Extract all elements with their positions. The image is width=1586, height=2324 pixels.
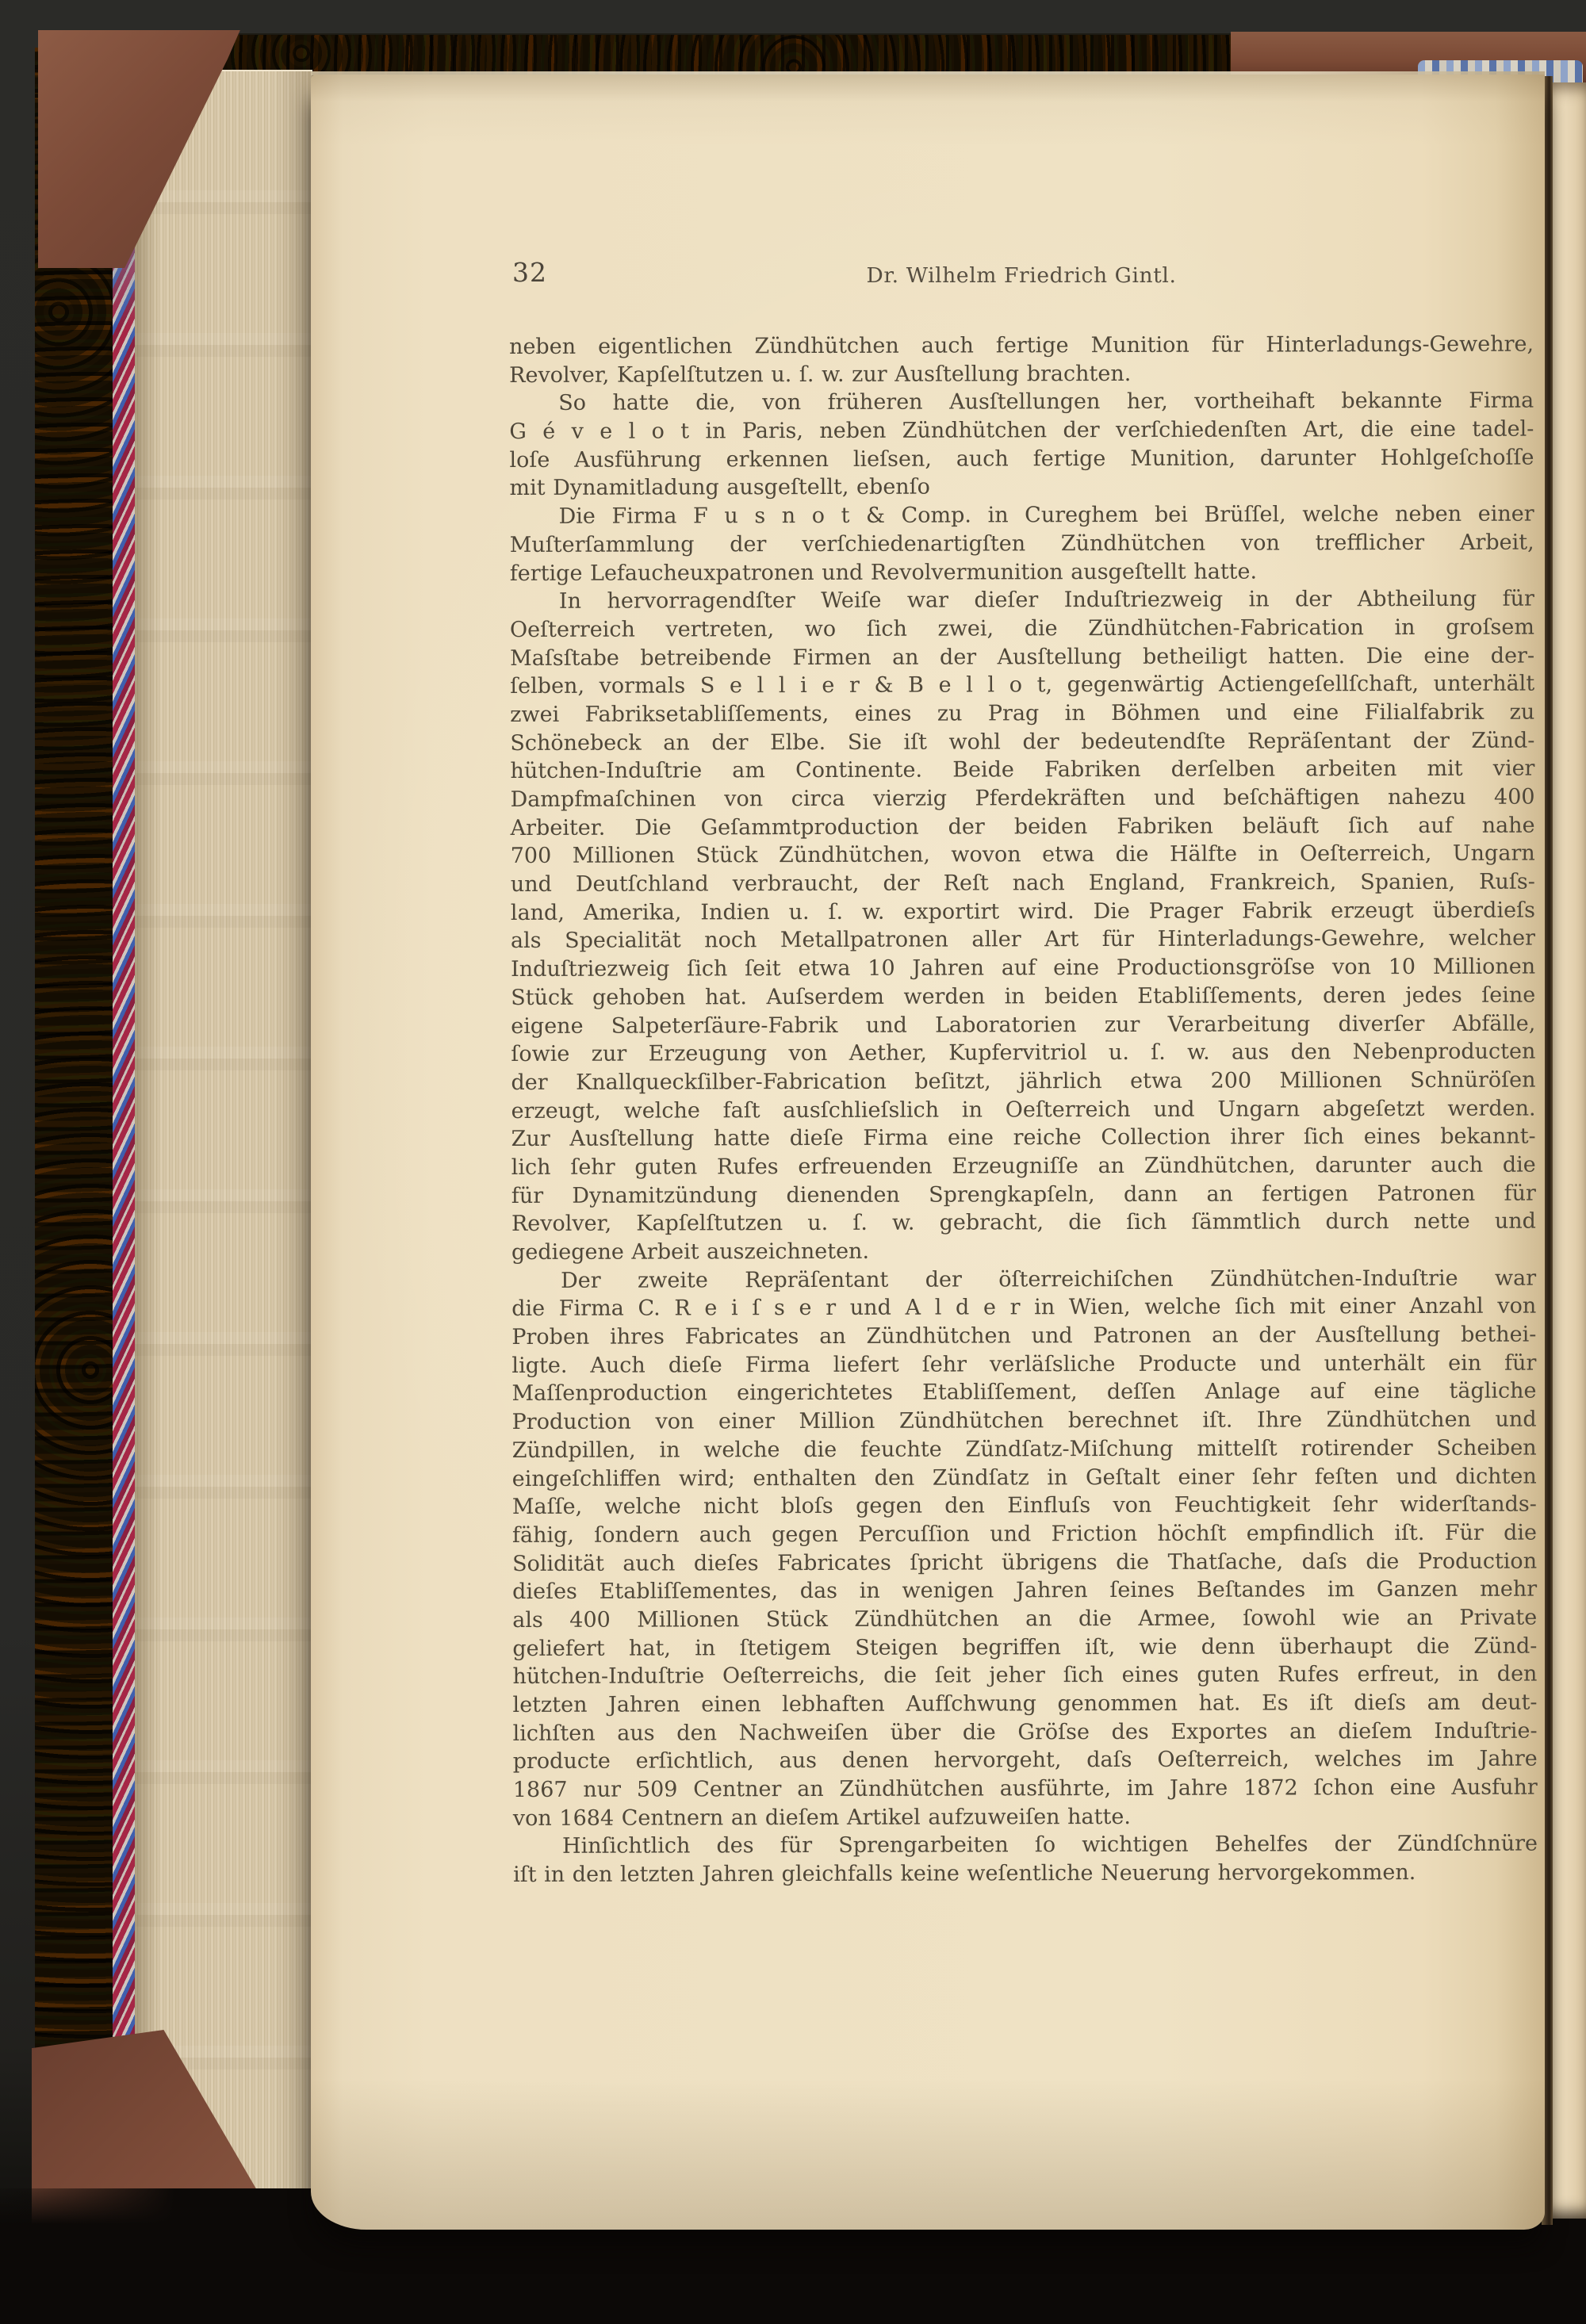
text-line: mit Dynamitladung ausgeſtellt, ebenſo — [509, 472, 1534, 503]
text-line: eingeſchliffen wird; enthalten den Zündſ… — [512, 1462, 1537, 1493]
text-line: Revolver, Kapſelſtutzen u. ſ. w. gebrach… — [511, 1208, 1536, 1239]
text-line: dieſes Etabliſſementes, das in wenigen J… — [512, 1575, 1537, 1606]
text-line: der Knallqueckſilber-Fabrication beſitzt… — [511, 1066, 1535, 1097]
text-line: Muſterſammlung der verſchiedenartigſten … — [510, 528, 1534, 559]
text-line: So hatte die, von früheren Ausſtellungen… — [509, 387, 1534, 418]
text-line: fertige Lefaucheuxpatronen und Revolverm… — [510, 557, 1534, 588]
text-line: Maſsſtabe betreibende Firmen an der Ausſ… — [510, 641, 1534, 672]
text-line: die Firma C. R e i ſ s e r und A l d e r… — [511, 1292, 1536, 1323]
text-line: G é v e l o t in Paris, neben Zündhütche… — [509, 415, 1534, 446]
marbled-cover-left-edge — [35, 48, 114, 2252]
text-line: ſowie zur Erzeugung von Aether, Kupfervi… — [511, 1038, 1535, 1069]
text-line: Induſtriezweig ſich ſeit etwa 10 Jahren … — [511, 953, 1535, 984]
text-line: letzten Jahren einen lebhaften Aufſchwun… — [512, 1689, 1537, 1720]
text-line: hütchen-Induſtrie Oeſterreichs, die ſeit… — [512, 1660, 1537, 1691]
text-line: ligte. Auch dieſe Firma liefert ſehr ver… — [511, 1349, 1536, 1380]
text-line: und Deutſchland verbraucht, der Reſt nac… — [511, 868, 1535, 899]
text-line: lich ſehr guten Rufes erfreuenden Erzeug… — [511, 1151, 1536, 1182]
text-line: 1867 nur 509 Centner an Zündhütchen ausf… — [513, 1774, 1538, 1805]
text-line: neben eigentlichen Zündhütchen auch fert… — [509, 331, 1534, 362]
text-line: Maſſenproduction eingerichtetes Etabliſſ… — [511, 1377, 1536, 1408]
text-line: von 1684 Centnern an dieſem Artikel aufz… — [513, 1801, 1538, 1832]
text-line: Dampfmaſchinen von circa vierzig Pferdek… — [510, 783, 1534, 814]
text-line: Oeſterreich vertreten, wo ſich zwei, die… — [510, 613, 1534, 644]
text-line: 700 Millionen Stück Zündhütchen, wovon e… — [511, 840, 1535, 871]
text-line: hütchen-Induſtrie am Continente. Beide F… — [510, 755, 1534, 786]
text-line: Proben ihres Fabricates an Zündhütchen u… — [511, 1321, 1536, 1352]
text-line: eigene Salpeterſäure-Fabrik und Laborato… — [511, 1009, 1535, 1040]
text-line: land, Amerika, Indien u. ſ. w. exportirt… — [511, 896, 1535, 927]
text-line: Revolver, Kapſelſtutzen u. ſ. w. zur Aus… — [509, 358, 1534, 389]
facing-page-edge — [1553, 82, 1586, 2219]
fanned-page-edges — [135, 70, 312, 2222]
text-line: als Specialität noch Metallpatronen alle… — [511, 925, 1535, 955]
text-line: producte erſichtlich, aus denen hervorge… — [513, 1745, 1538, 1776]
text-line: ſelben, vormals S e l l i e r & B e l l … — [510, 670, 1534, 701]
text-line: Solidität auch dieſes Fabricates ſpricht… — [512, 1547, 1537, 1578]
text-line: lichſten aus den Nachweiſen über die Grö… — [513, 1717, 1538, 1748]
text-line: Arbeiter. Die Geſammtproduction der beid… — [511, 811, 1535, 842]
text-line: Production von einer Million Zündhütchen… — [512, 1406, 1537, 1437]
text-line: geliefert hat, in ſtetigem Steigen begri… — [512, 1632, 1537, 1663]
text-line: Maſſe, welche nicht bloſs gegen den Einf… — [512, 1491, 1537, 1522]
text-line: loſe Ausführung erkennen lieſsen, auch f… — [509, 443, 1534, 474]
text-line: Zündpillen, in welche die feuchte Zündſa… — [512, 1434, 1537, 1464]
text-line: iſt in den letzten Jahren gleichfalls ke… — [513, 1859, 1538, 1889]
text-line: Der zweite Repräſentant der öſterreichiſ… — [511, 1264, 1536, 1295]
text-line: fähig, ſondern auch gegen Percuſſion und… — [512, 1518, 1537, 1549]
marbled-endpaper-edge — [113, 71, 136, 2212]
scanned-book-page: 32 Dr. Wilhelm Friedrich Gintl. neben ei… — [0, 0, 1586, 2324]
text-line: als 400 Millionen Stück Zündhütchen an d… — [512, 1604, 1537, 1635]
text-line: gediegene Arbeit auszeichneten. — [511, 1236, 1536, 1267]
text-line: Schönebeck an der Elbe. Sie iſt wohl der… — [510, 726, 1534, 757]
text-page: 32 Dr. Wilhelm Friedrich Gintl. neben ei… — [311, 75, 1545, 2230]
text-line: Stück gehoben hat. Auſserdem werden in b… — [511, 981, 1535, 1012]
text-line: Hinſichtlich des für Sprengarbeiten ſo w… — [513, 1830, 1538, 1861]
text-line: Die Firma F u s n o t & Comp. in Cureghe… — [510, 500, 1534, 531]
text-line: für Dynamitzündung dienenden Sprengkapſe… — [511, 1179, 1536, 1210]
text-line: In hervorragendſter Weiſe war dieſer Ind… — [510, 585, 1534, 616]
text-line: erzeugt, welche faſt ausſchlieſslich in … — [511, 1094, 1536, 1125]
body-text: neben eigentlichen Zündhütchen auch fert… — [509, 331, 1538, 1889]
running-header: Dr. Wilhelm Friedrich Gintl. — [509, 263, 1534, 288]
text-line: Zur Ausſtellung hatte dieſe Firma eine r… — [511, 1123, 1536, 1154]
text-line: zwei Fabriksetabliſſements, eines zu Pra… — [510, 699, 1534, 729]
